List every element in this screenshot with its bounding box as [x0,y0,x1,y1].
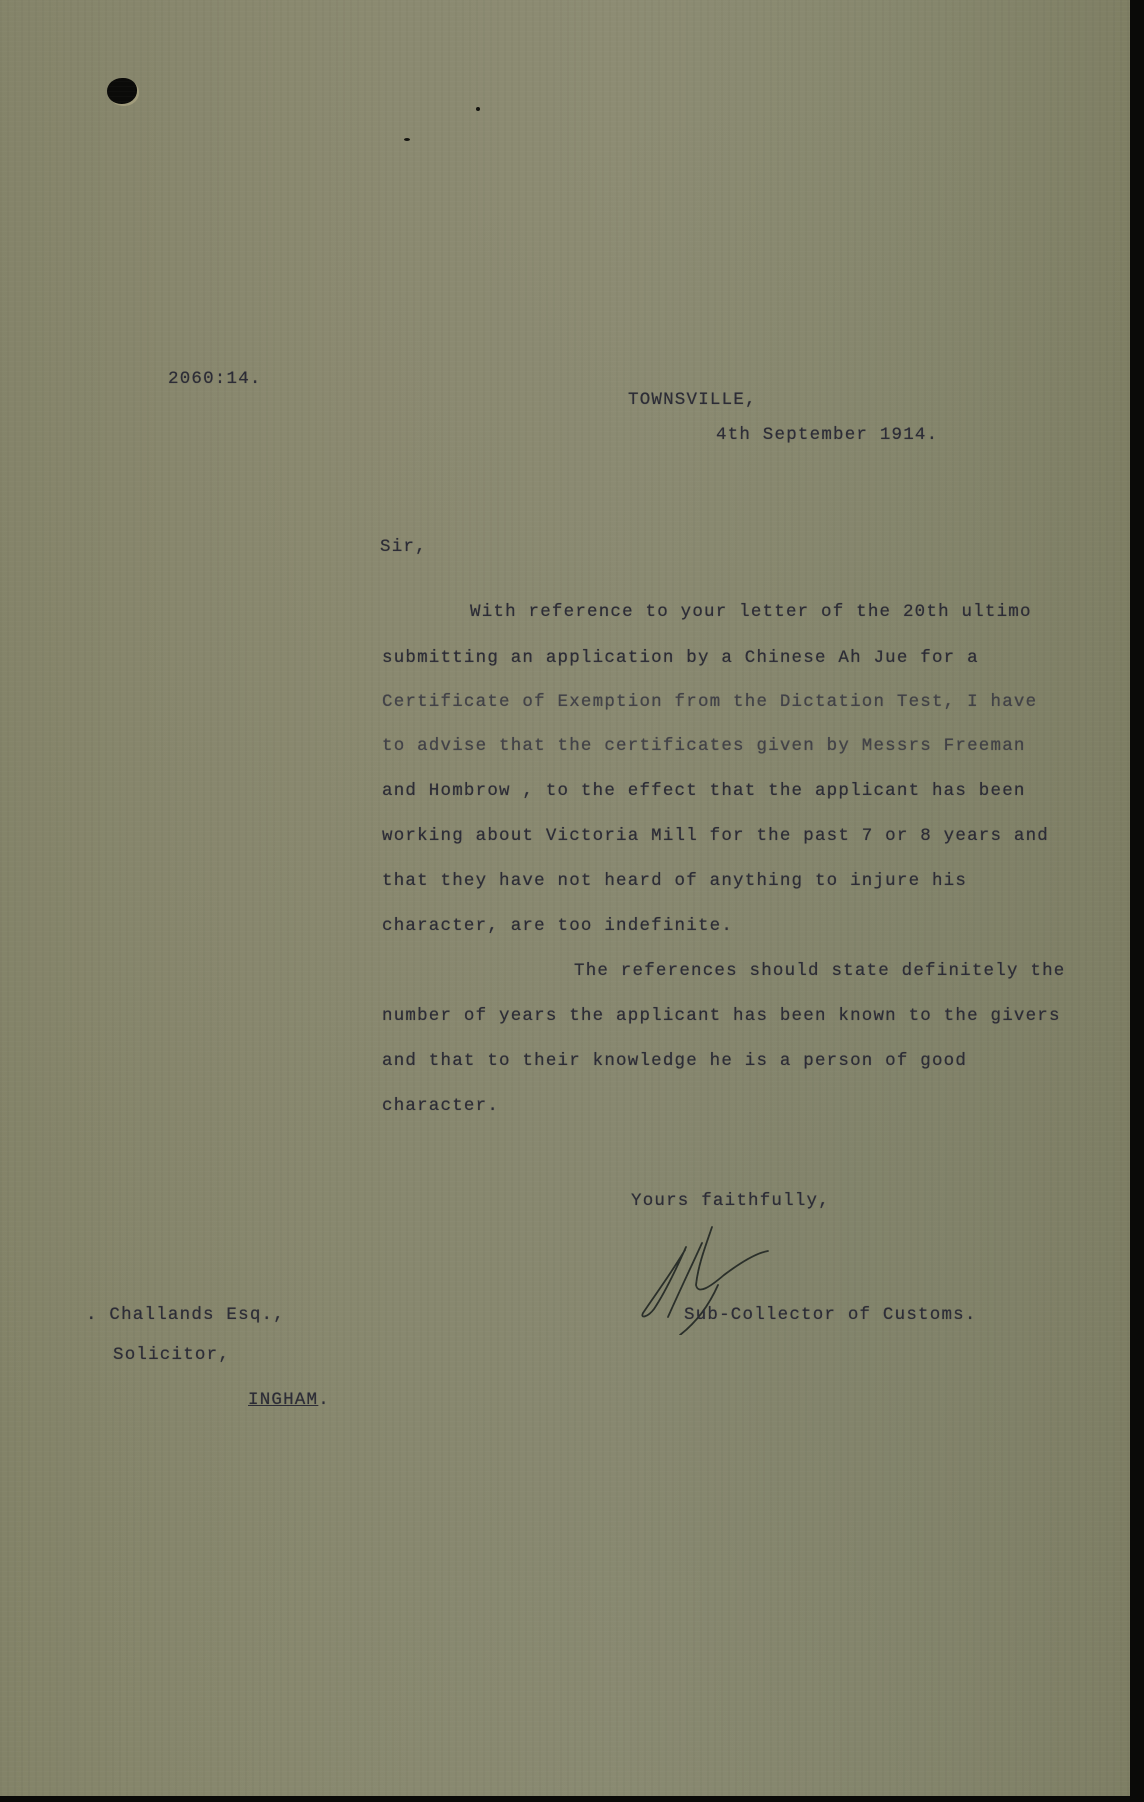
recipient-place-suffix: . [318,1390,330,1410]
body-line: Certificate of Exemption from the Dictat… [382,692,1037,712]
body-line: With reference to your letter of the 20t… [470,602,1032,622]
recipient-place: INGHAM [248,1390,318,1410]
body-line: character, are too indefinite. [382,916,733,936]
punch-hole [107,78,137,104]
recipient-title: Solicitor, [113,1345,230,1365]
paper-speck [476,107,480,111]
body-line: and that to their knowledge he is a pers… [382,1051,967,1071]
scan-border-bottom [0,1796,1144,1802]
body-line: working about Victoria Mill for the past… [382,826,1049,846]
body-line: number of years the applicant has been k… [382,1006,1061,1026]
body-line: The references should state definitely t… [574,961,1065,981]
body-line: character. [382,1096,499,1116]
paper-speck [404,138,410,141]
closing: Yours faithfully, [631,1191,830,1211]
scanned-letter-page: 2060:14. TOWNSVILLE, 4th September 1914.… [0,0,1132,1797]
salutation: Sir, [380,537,427,557]
scan-border-right [1130,0,1144,1802]
reference-number: 2060:14. [168,369,262,389]
body-line: submitting an application by a Chinese A… [382,648,979,668]
body-line: to advise that the certificates given by… [382,736,1026,756]
letter-place: TOWNSVILLE, [628,390,757,410]
signatory-title: Sub-Collector of Customs. [684,1305,977,1325]
body-line: and Hombrow , to the effect that the app… [382,781,1026,801]
recipient-name: . Challands Esq., [86,1305,285,1325]
body-line: that they have not heard of anything to … [382,871,967,891]
recipient-place-line: INGHAM. [248,1390,330,1410]
letter-date: 4th September 1914. [716,425,938,445]
